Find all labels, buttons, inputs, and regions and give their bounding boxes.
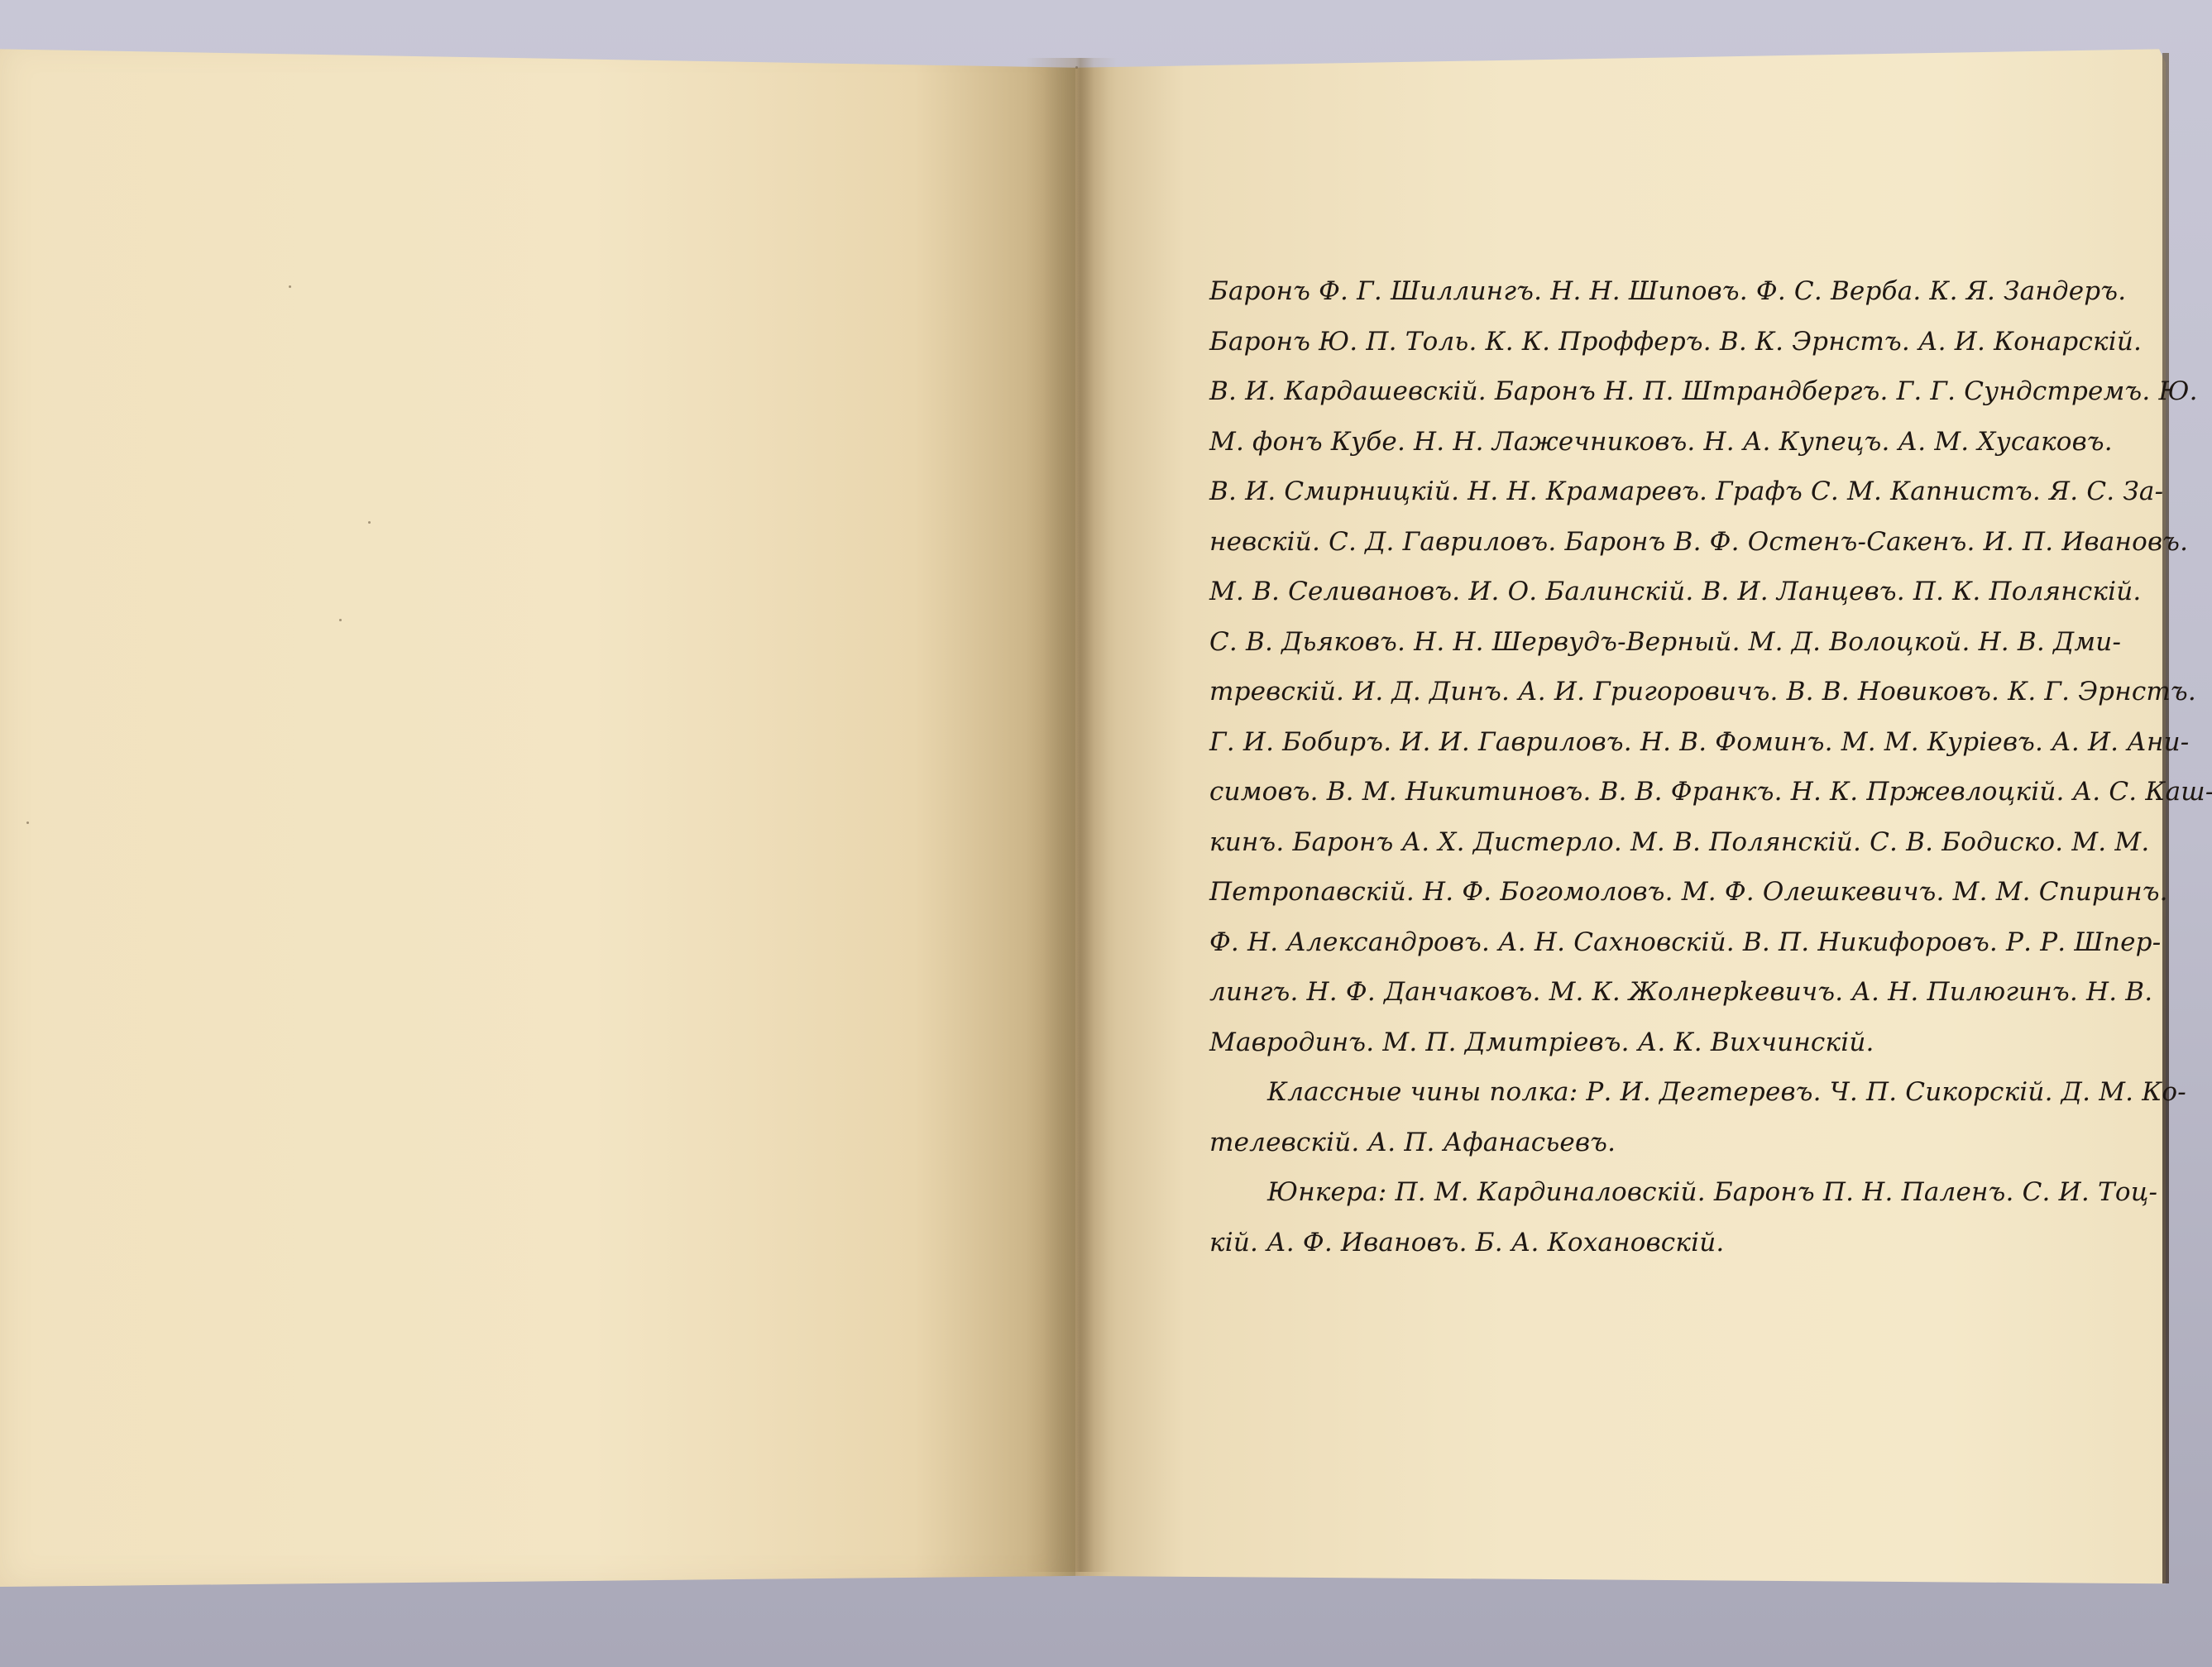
text-line: Юнкера: П. М. Кардиналовскій. Баронъ П. … — [1209, 1167, 2082, 1218]
right-page-text: Баронъ Ф. Г. Шиллингъ. Н. Н. Шиповъ. Ф. … — [1209, 266, 2082, 1267]
text-line: Г. И. Бобиръ. И. И. Гавриловъ. Н. В. Фом… — [1209, 717, 2082, 768]
paper-speck — [368, 521, 371, 524]
left-page-blank — [0, 41, 1075, 1587]
text-line: М. В. Селивановъ. И. О. Балинскій. В. И.… — [1209, 567, 2082, 617]
text-line: М. фонъ Кубе. Н. Н. Лажечниковъ. Н. А. К… — [1209, 417, 2082, 467]
text-line: В. И. Кардашевскій. Баронъ Н. П. Штрандб… — [1209, 366, 2082, 417]
text-line: Петропавскій. Н. Ф. Богомоловъ. М. Ф. Ол… — [1209, 867, 2082, 917]
paragraph-cadets: Юнкера: П. М. Кардиналовскій. Баронъ П. … — [1209, 1167, 2082, 1267]
text-line: Баронъ Ю. П. Толь. К. К. Профферъ. В. К.… — [1209, 317, 2082, 367]
paragraph-class-ranks: Классные чины полка: Р. И. Дегтеревъ. Ч.… — [1209, 1067, 2082, 1167]
text-line: Баронъ Ф. Г. Шиллингъ. Н. Н. Шиповъ. Ф. … — [1209, 266, 2082, 317]
text-line: телевскій. А. П. Афанасьевъ. — [1209, 1118, 2082, 1168]
text-line: Классные чины полка: Р. И. Дегтеревъ. Ч.… — [1209, 1067, 2082, 1118]
text-line: С. В. Дьяковъ. Н. Н. Шервудъ-Верный. М. … — [1209, 617, 2082, 668]
book-spread: Баронъ Ф. Г. Шиллингъ. Н. Н. Шиповъ. Ф. … — [0, 0, 2212, 1667]
text-line: В. И. Смирницкій. Н. Н. Крамаревъ. Графъ… — [1209, 467, 2082, 517]
paper-speck — [26, 822, 29, 824]
text-line: Ф. Н. Александровъ. А. Н. Сахновскій. В.… — [1209, 917, 2082, 968]
text-line: тревскій. И. Д. Динъ. А. И. Григоровичъ.… — [1209, 667, 2082, 717]
text-line: лингъ. Н. Ф. Данчаковъ. М. К. Жолнерkеви… — [1209, 967, 2082, 1018]
text-line: кинъ. Баронъ А. Х. Дистерло. М. В. Полян… — [1209, 817, 2082, 868]
paper-speck — [289, 285, 291, 288]
paragraph-officers: Баронъ Ф. Г. Шиллингъ. Н. Н. Шиповъ. Ф. … — [1209, 266, 2082, 1067]
paper-speck — [339, 619, 342, 621]
text-line: невскій. С. Д. Гавриловъ. Баронъ В. Ф. О… — [1209, 517, 2082, 568]
right-page-edge-shadow — [2162, 53, 2169, 1583]
paper-speck — [1075, 66, 1078, 69]
text-line: Мавродинъ. М. П. Дмитрiевъ. А. К. Вихчин… — [1209, 1018, 2082, 1068]
text-line: кій. А. Ф. Ивановъ. Б. А. Кохановскій. — [1209, 1218, 2082, 1268]
text-line: симовъ. В. М. Никитиновъ. В. В. Франкъ. … — [1209, 767, 2082, 817]
